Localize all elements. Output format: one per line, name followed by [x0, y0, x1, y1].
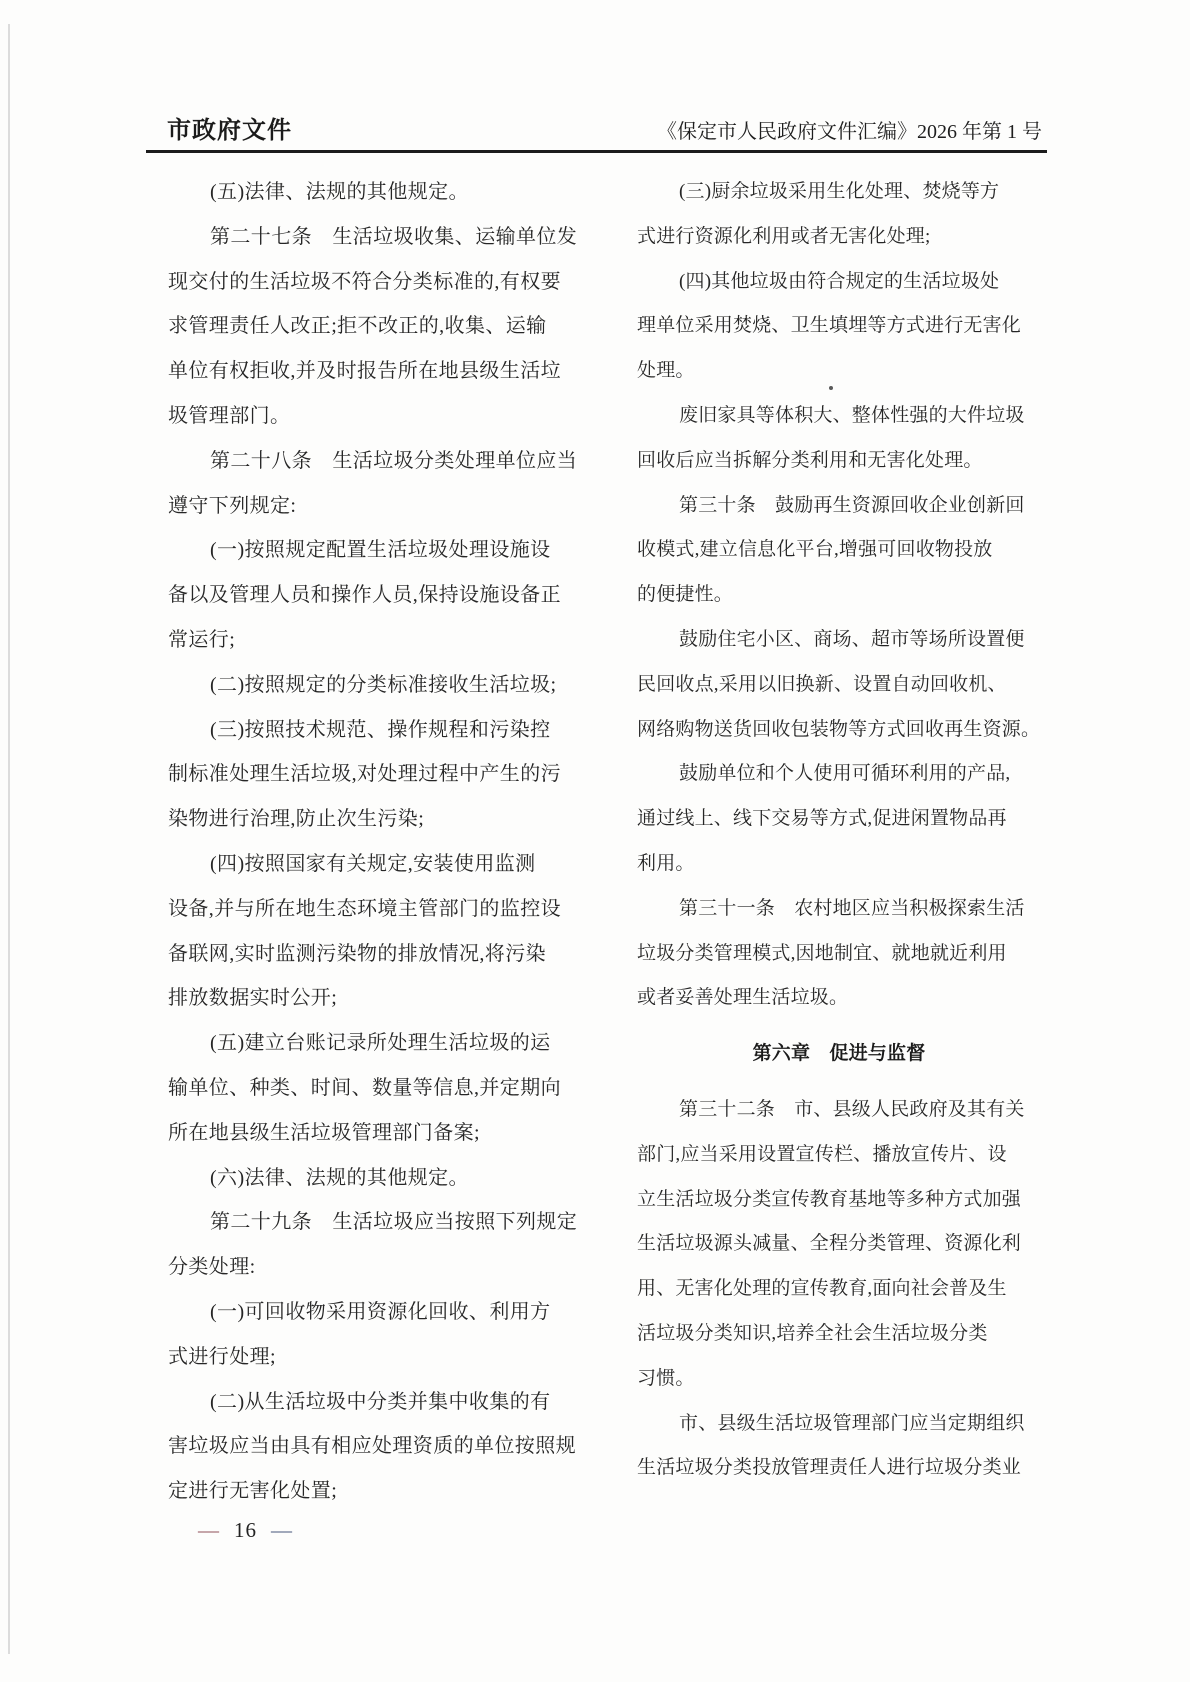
text-line: 生活垃圾源头减量、全程分类管理、资源化利: [637, 1222, 1041, 1267]
text-line: 垃圾分类管理模式,因地制宜、就地就近利用: [637, 932, 1041, 977]
scan-edge-artifact: [8, 24, 10, 1654]
scan-dot-artifact: [829, 386, 833, 390]
text-line: 第三十条 鼓励再生资源回收企业创新回: [637, 484, 1041, 529]
text-line: 第二十九条 生活垃圾应当按照下列规定: [168, 1200, 582, 1245]
document-page: 市政府文件 《保定市人民政府文件汇编》2026 年第 1 号 (五)法律、法规的…: [0, 0, 1190, 1682]
text-line: 习惯。: [637, 1357, 1041, 1402]
text-line: 现交付的生活垃圾不符合分类标准的,有权要: [168, 260, 582, 305]
right-text-column: (三)厨余垃圾采用生化处理、焚烧等方式进行资源化利用或者无害化处理;(四)其他垃…: [637, 170, 1041, 1491]
text-line: 制标准处理生活垃圾,对处理过程中产生的污: [168, 752, 582, 797]
text-line: 式进行资源化利用或者无害化处理;: [637, 215, 1041, 260]
page-number-left-dash: —: [198, 1518, 234, 1542]
text-line: 第三十二条 市、县级人民政府及其有关: [637, 1088, 1041, 1133]
page-number-footer: —16—: [198, 1518, 293, 1543]
text-line: 第三十一条 农村地区应当积极探索生活: [637, 887, 1041, 932]
text-line: 圾管理部门。: [168, 394, 582, 439]
text-line: (四)其他垃圾由符合规定的生活垃圾处: [637, 260, 1041, 305]
text-line: 所在地县级生活垃圾管理部门备案;: [168, 1111, 582, 1156]
text-line: 鼓励单位和个人使用可循环利用的产品,: [637, 752, 1041, 797]
text-line: 第二十七条 生活垃圾收集、运输单位发: [168, 215, 582, 260]
left-text-column: (五)法律、法规的其他规定。第二十七条 生活垃圾收集、运输单位发现交付的生活垃圾…: [168, 170, 582, 1514]
text-line: 通过线上、线下交易等方式,促进闲置物品再: [637, 797, 1041, 842]
text-line: 生活垃圾分类投放管理责任人进行垃圾分类业: [637, 1446, 1041, 1491]
text-line: (三)厨余垃圾采用生化处理、焚烧等方: [637, 170, 1041, 215]
text-line: (五)建立台账记录所处理生活垃圾的运: [168, 1021, 582, 1066]
text-line: (五)法律、法规的其他规定。: [168, 170, 582, 215]
text-line: 鼓励住宅小区、商场、超市等场所设置便: [637, 618, 1041, 663]
text-line: 输单位、种类、时间、数量等信息,并定期向: [168, 1066, 582, 1111]
text-line: 式进行处理;: [168, 1335, 582, 1380]
text-line: 备以及管理人员和操作人员,保持设施设备正: [168, 573, 582, 618]
text-line: (三)按照技术规范、操作规程和污染控: [168, 708, 582, 753]
text-line: 的便捷性。: [637, 573, 1041, 618]
text-line: (四)按照国家有关规定,安装使用监测: [168, 842, 582, 887]
text-line: 或者妥善处理生活垃圾。: [637, 976, 1041, 1021]
text-line: 分类处理:: [168, 1245, 582, 1290]
text-line: (一)可回收物采用资源化回收、利用方: [168, 1290, 582, 1335]
header-section-title: 市政府文件: [167, 110, 292, 145]
text-line: (二)从生活垃圾中分类并集中收集的有: [168, 1380, 582, 1425]
text-line: 遵守下列规定:: [168, 484, 582, 529]
text-line: 网络购物送货回收包装物等方式回收再生资源。: [637, 708, 1041, 753]
page-number-right-dash: —: [257, 1518, 293, 1542]
text-line: 染物进行治理,防止次生污染;: [168, 797, 582, 842]
text-line: 收模式,建立信息化平台,增强可回收物投放: [637, 528, 1041, 573]
text-line: 立生活垃圾分类宣传教育基地等多种方式加强: [637, 1178, 1041, 1223]
text-line: 理单位采用焚烧、卫生填埋等方式进行无害化: [637, 304, 1041, 349]
text-line: 设备,并与所在地生态环境主管部门的监控设: [168, 887, 582, 932]
text-line: 定进行无害化处置;: [168, 1469, 582, 1514]
text-line: 常运行;: [168, 618, 582, 663]
text-line: 求管理责任人改正;拒不改正的,收集、运输: [168, 304, 582, 349]
page-number: 16: [234, 1518, 257, 1542]
text-line: (二)按照规定的分类标准接收生活垃圾;: [168, 663, 582, 708]
text-line: 害垃圾应当由具有相应处理资质的单位按照规: [168, 1424, 582, 1469]
text-line: 处理。: [637, 349, 1041, 394]
text-line: (一)按照规定配置生活垃圾处理设施设: [168, 528, 582, 573]
text-line: 市、县级生活垃圾管理部门应当定期组织: [637, 1402, 1041, 1447]
header-divider-rule: [146, 150, 1047, 153]
text-line: 活垃圾分类知识,培养全社会生活垃圾分类: [637, 1312, 1041, 1357]
text-line: 用、无害化处理的宣传教育,面向社会普及生: [637, 1267, 1041, 1312]
text-line: 回收后应当拆解分类利用和无害化处理。: [637, 439, 1041, 484]
text-line: 利用。: [637, 842, 1041, 887]
text-line: 单位有权拒收,并及时报告所在地县级生活垃: [168, 349, 582, 394]
chapter-heading: 第六章 促进与监督: [637, 1032, 1041, 1077]
text-line: 第二十八条 生活垃圾分类处理单位应当: [168, 439, 582, 484]
text-line: 民回收点,采用以旧换新、设置自动回收机、: [637, 663, 1041, 708]
text-line: (六)法律、法规的其他规定。: [168, 1156, 582, 1201]
header-publication-title: 《保定市人民政府文件汇编》2026 年第 1 号: [657, 115, 1042, 144]
text-line: 部门,应当采用设置宣传栏、播放宣传片、设: [637, 1133, 1041, 1178]
text-line: 排放数据实时公开;: [168, 976, 582, 1021]
text-line: 废旧家具等体积大、整体性强的大件垃圾: [637, 394, 1041, 439]
text-line: 备联网,实时监测污染物的排放情况,将污染: [168, 932, 582, 977]
